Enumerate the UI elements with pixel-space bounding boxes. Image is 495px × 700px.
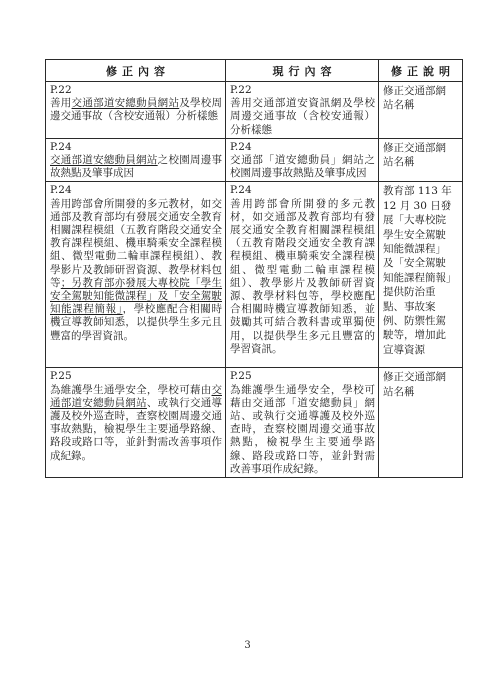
page-reference: P.24 <box>230 184 375 197</box>
cell-text: 善用跨部會所開發的多元教材，如交通部及教育部均有發展交通安全教育相關課程模組（五… <box>230 198 375 356</box>
header-revision-note: 修正說明 <box>379 60 463 82</box>
cell-text: 修正交通部網站名稱 <box>383 370 454 399</box>
document-page: 修正內容 現行內容 修正說明 P.22善用交通部道安總動員網站及學校周邊交通事故… <box>0 0 495 700</box>
cell-note: 修正交通部網站名稱 <box>379 368 463 478</box>
revision-comparison-table: 修正內容 現行內容 修正說明 P.22善用交通部道安總動員網站及學校周邊交通事故… <box>45 59 463 478</box>
text-segment: 為維護學生通學安全，學校可藉由交通部「道安總動員」網站、或執行交通導護及校外巡查… <box>230 384 375 475</box>
cell-note: 修正交通部網站名稱 <box>379 82 463 139</box>
header-revised-content: 修正內容 <box>46 60 226 82</box>
cell-text: 交通部「道安總動員」網站之校園周邊事故熱點及肇事成因 <box>230 154 375 180</box>
table-row: P.25為維護學生通學安全，學校可藉由交通部道安總動員網站、或執行交通導護及校外… <box>46 368 463 478</box>
cell-revised: P.22善用交通部道安總動員網站及學校周邊交通事故（含校安通報）分析樣態 <box>46 82 226 139</box>
cell-revised: P.24善用跨部會所開發的多元教材，如交通部及教育部均有發展交通安全教育相關課程… <box>46 182 226 368</box>
page-reference: P.24 <box>230 141 375 154</box>
cell-text: 善用交通部道安總動員網站及學校周邊交通事故（含校安通報）分析樣態 <box>50 97 222 123</box>
page-number: 3 <box>0 640 495 651</box>
cell-text: 修正交通部網站名稱 <box>383 141 454 170</box>
cell-note: 教育部 113 年 12 月 30 日發展「大專校院學生安全駕駛知能微課程」及「… <box>379 182 463 368</box>
cell-current: P.24交通部「道安總動員」網站之校園周邊事故熱點及肇事成因 <box>226 138 379 182</box>
cell-note: 修正交通部網站名稱 <box>379 138 463 182</box>
page-reference: P.25 <box>230 370 375 383</box>
cell-revised: P.25為維護學生通學安全，學校可藉由交通部道安總動員網站、或執行交通導護及校外… <box>46 368 226 478</box>
text-segment: 善用 <box>50 97 72 109</box>
page-reference: P.22 <box>50 84 222 97</box>
text-segment: 交通部「道安總動員」網站之校園周邊事故熱點及肇事成因 <box>230 154 375 179</box>
text-segment: 修正交通部網站名稱 <box>383 85 446 111</box>
cell-current: P.22善用交通部道安資訊網及學校周邊交通事故（含校安通報）分析樣態 <box>226 82 379 139</box>
table-row: P.24交通部道安總動員網站之校園周邊事故熱點及肇事成因P.24交通部「道安總動… <box>46 138 463 182</box>
cell-text: 教育部 113 年 12 月 30 日發展「大專校院學生安全駕駛知能微課程」及「… <box>383 184 454 357</box>
page-reference: P.22 <box>230 84 375 97</box>
cell-current: P.24善用跨部會所開發的多元教材，如交通部及教育部均有發展交通安全教育相關課程… <box>226 182 379 368</box>
text-segment: 修正交通部網站名稱 <box>383 142 446 168</box>
text-segment: 修正交通部網站名稱 <box>383 371 446 397</box>
text-segment: 善用跨部會所開發的多元教材，如交通部及教育部均有發展交通安全教育相關課程模組（五… <box>50 198 222 289</box>
cell-text: 交通部道安總動員網站之校園周邊事故熱點及肇事成因 <box>50 154 222 180</box>
cell-text: 修正交通部網站名稱 <box>383 84 454 113</box>
table-body: P.22善用交通部道安總動員網站及學校周邊交通事故（含校安通報）分析樣態P.22… <box>46 82 463 478</box>
page-reference: P.25 <box>50 370 222 383</box>
header-current-content: 現行內容 <box>226 60 379 82</box>
cell-revised: P.24交通部道安總動員網站之校園周邊事故熱點及肇事成因 <box>46 138 226 182</box>
text-segment: 善用交通部道安資訊網及學校周邊交通事故（含校安通報）分析樣態 <box>230 97 375 135</box>
text-segment: 善用跨部會所開發的多元教材，如交通部及教育部均有發展交通安全教育相關課程模組（五… <box>230 198 375 355</box>
table-header: 修正內容 現行內容 修正說明 <box>46 60 463 82</box>
cell-text: 為維護學生通學安全，學校可藉由交通部「道安總動員」網站、或執行交通導護及校外巡查… <box>230 384 375 476</box>
cell-text: 善用跨部會所開發的多元教材，如交通部及教育部均有發展交通安全教育相關課程模組（五… <box>50 198 222 343</box>
underlined-revision-text: 交通部道安總動員網站 <box>50 154 158 166</box>
underlined-revision-text: 交通部道安總動員網站 <box>72 97 180 109</box>
page-reference: P.24 <box>50 184 222 197</box>
table-row: P.22善用交通部道安總動員網站及學校周邊交通事故（含校安通報）分析樣態P.22… <box>46 82 463 139</box>
text-segment: 教育部 113 年 12 月 30 日發展「大專校院學生安全駕駛知能微課程」及「… <box>383 185 452 355</box>
cell-text: 為維護學生通學安全，學校可藉由交通部道安總動員網站、或執行交通導護及校外巡查時，… <box>50 384 222 463</box>
text-segment: 為維護學生通學安全，學校可藉由 <box>50 384 212 396</box>
cell-current: P.25為維護學生通學安全，學校可藉由交通部「道安總動員」網站、或執行交通導護及… <box>226 368 379 478</box>
cell-text: 善用交通部道安資訊網及學校周邊交通事故（含校安通報）分析樣態 <box>230 97 375 137</box>
table-row: P.24善用跨部會所開發的多元教材，如交通部及教育部均有發展交通安全教育相關課程… <box>46 182 463 368</box>
header-row: 修正內容 現行內容 修正說明 <box>46 60 463 82</box>
page-reference: P.24 <box>50 141 222 154</box>
